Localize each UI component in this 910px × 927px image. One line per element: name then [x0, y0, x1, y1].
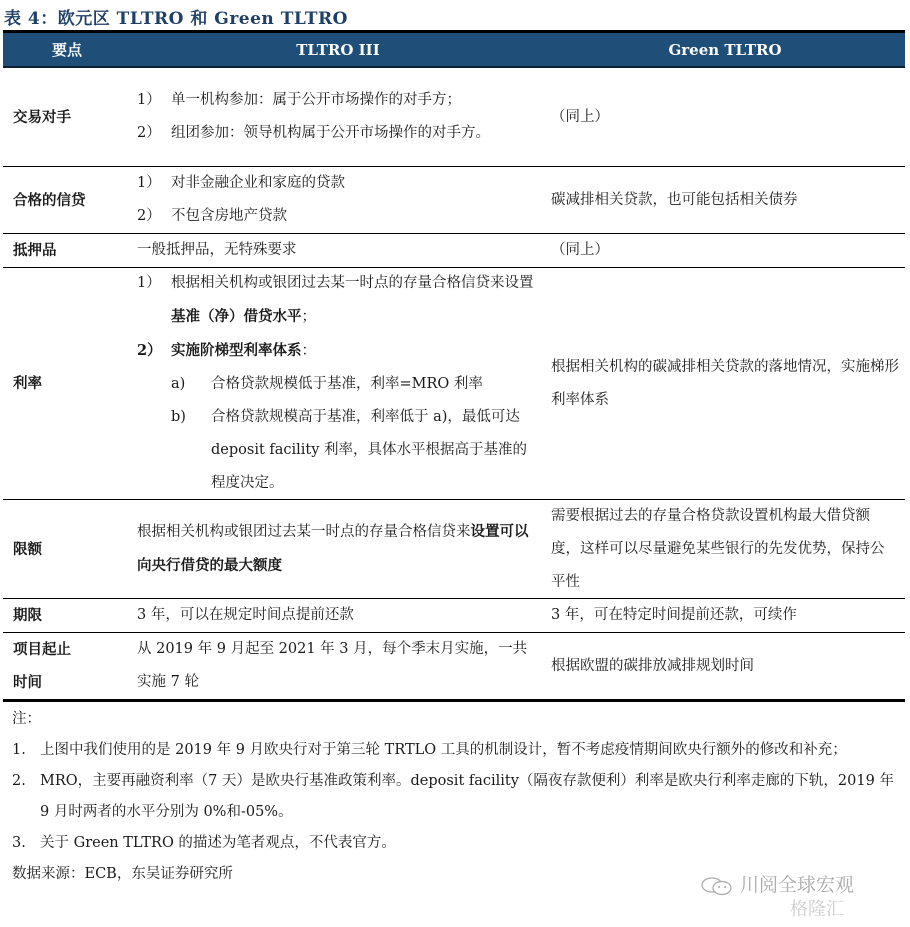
tltro-cell: 1） 对非金融企业和家庭的贷款 2） 不包含房地产贷款 — [127, 167, 545, 233]
note-item: 3. 关于 Green TLTRO 的描述为笔者观点，不代表官方。 — [12, 828, 902, 859]
row-label: 限额 — [3, 500, 127, 598]
tltro-cell: 1） 根据相关机构或银团过去某一时点的存量合格信贷来设置基准（净）借贷水平； 2… — [127, 268, 545, 499]
notes-section: 注： 1. 上图中我们使用的是 2019 年 9 月欧央行对于第三轮 TRTLO… — [12, 704, 902, 890]
table-row-term: 期限 3 年，可以在规定时间点提前还款 3 年，可在特定时间提前还款，可续作 — [3, 599, 905, 633]
list-item: 1） 根据相关机构或银团过去某一时点的存量合格信贷来设置基准（净）借贷水平； — [137, 267, 545, 334]
tltro-cell: 一般抵押品，无特殊要求 — [127, 234, 545, 267]
list-item: 2） 实施阶梯型利率体系： — [137, 334, 545, 368]
header-green-tltro: Green TLTRO — [545, 41, 905, 59]
table-row-collateral: 抵押品 一般抵押品，无特殊要求 （同上） — [3, 234, 905, 268]
notes-title: 注： — [12, 704, 902, 735]
wechat-icon — [700, 876, 734, 896]
tltro-cell: 从 2019 年 9 月起至 2021 年 3 月，每个季末月实施，一共实施 7… — [127, 633, 545, 699]
green-cell: 3 年，可在特定时间提前还款，可续作 — [545, 599, 905, 632]
watermark-account: 川阅全球宏观 — [700, 870, 854, 897]
emphasis: 实施阶梯型利率体系 — [171, 342, 302, 359]
table-row-period: 项目起止 时间 从 2019 年 9 月起至 2021 年 3 月，每个季末月实… — [3, 633, 905, 702]
table-row-limit: 限额 根据相关机构或银团过去某一时点的存量合格信贷来设置可以向央行借贷的最大额度… — [3, 500, 905, 599]
row-label: 项目起止 时间 — [3, 633, 127, 699]
emphasis: 基准（净）借贷水平 — [171, 308, 302, 325]
sub-list-item: b) 合格贷款规模高于基准，利率低于 a)，最低可达 deposit facil… — [137, 401, 545, 500]
green-cell: （同上） — [545, 68, 905, 166]
table-row-eligible-credit: 合格的信贷 1） 对非金融企业和家庭的贷款 2） 不包含房地产贷款 碳减排相关贷… — [3, 167, 905, 234]
row-label: 利率 — [3, 268, 127, 499]
row-label: 抵押品 — [3, 234, 127, 267]
green-cell: 根据欧盟的碳排放减排规划时间 — [545, 633, 905, 699]
tltro-cell: 根据相关机构或银团过去某一时点的存量合格信贷来设置可以向央行借贷的最大额度 — [127, 500, 545, 598]
watermark-site: 格隆汇 — [790, 895, 844, 921]
table-header: 要点 TLTRO III Green TLTRO — [3, 30, 905, 68]
green-cell: 根据相关机构的碳减排相关贷款的落地情况，实施梯形利率体系 — [545, 268, 905, 499]
row-label: 交易对手 — [3, 68, 127, 166]
table-row-rate: 利率 1） 根据相关机构或银团过去某一时点的存量合格信贷来设置基准（净）借贷水平… — [3, 268, 905, 500]
green-cell: 碳减排相关贷款，也可能包括相关债券 — [545, 167, 905, 233]
list-item: 1） 对非金融企业和家庭的贷款 — [137, 167, 545, 200]
tltro-cell: 3 年，可以在规定时间点提前还款 — [127, 599, 545, 632]
table-caption: 表 4：欧元区 TLTRO 和 Green TLTRO — [4, 4, 348, 29]
tltro-cell: 1） 单一机构参加：属于公开市场操作的对手方； 2） 组团参加：领导机构属于公开… — [127, 68, 545, 166]
row-label: 期限 — [3, 599, 127, 632]
header-key-point: 要点 — [3, 39, 131, 60]
header-tltro-iii: TLTRO III — [131, 41, 545, 59]
green-cell: 需要根据过去的存量合格贷款设置机构最大借贷额度，这样可以尽量避免某些银行的先发优… — [545, 500, 905, 598]
comparison-table: 要点 TLTRO III Green TLTRO 交易对手 1） 单一机构参加：… — [3, 30, 905, 702]
green-cell: （同上） — [545, 234, 905, 267]
note-item: 2. MRO，主要再融资利率（7 天）是欧央行基准政策利率。deposit fa… — [12, 766, 902, 828]
table-row-counterparty: 交易对手 1） 单一机构参加：属于公开市场操作的对手方； 2） 组团参加：领导机… — [3, 68, 905, 167]
sub-list-item: a) 合格贷款规模低于基准，利率=MRO 利率 — [137, 368, 545, 401]
note-item: 1. 上图中我们使用的是 2019 年 9 月欧央行对于第三轮 TRTLO 工具… — [12, 735, 902, 766]
list-item: 2） 不包含房地产贷款 — [137, 200, 545, 233]
list-item: 1） 单一机构参加：属于公开市场操作的对手方； — [137, 84, 545, 117]
list-item: 2） 组团参加：领导机构属于公开市场操作的对手方。 — [137, 117, 545, 150]
row-label: 合格的信贷 — [3, 167, 127, 233]
